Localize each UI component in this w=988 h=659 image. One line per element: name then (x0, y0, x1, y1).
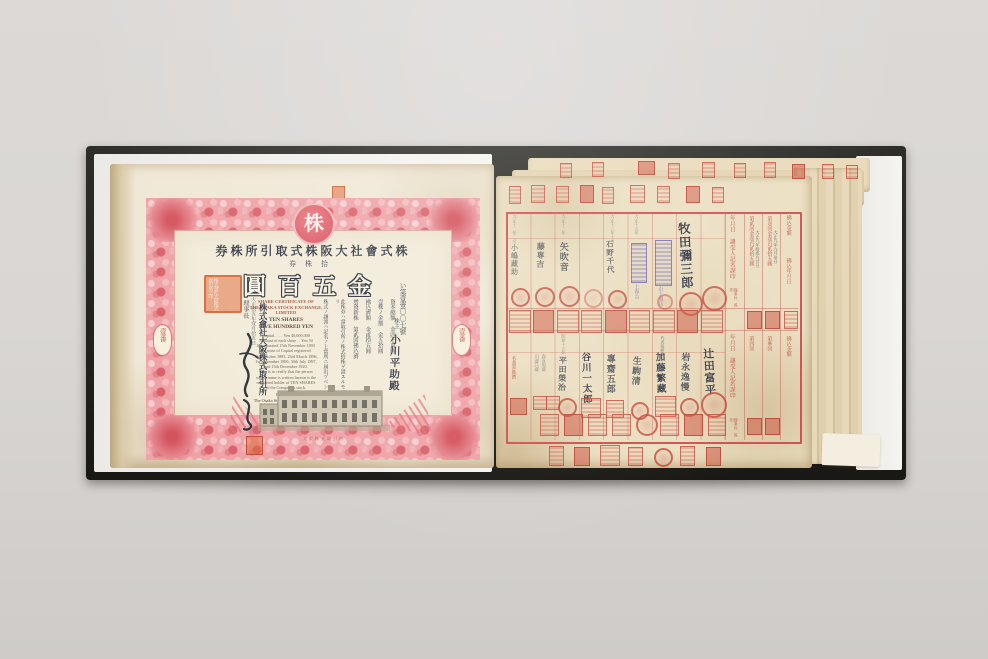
revenue-stamp (628, 447, 643, 466)
kabu-medallion: 株 (293, 203, 335, 245)
installment-2-label: 第貳回金壹百貳拾五圓 (748, 216, 753, 288)
revenue-stamp (792, 164, 805, 179)
name-seal (535, 287, 555, 307)
revenue-stamp (560, 163, 572, 178)
revenue-stamp (531, 185, 545, 203)
transfer-stamp (557, 310, 579, 333)
name-seal (559, 286, 580, 307)
revenue-stamp (630, 185, 645, 203)
entry-name: 川邊兵藏 (534, 354, 539, 394)
revenue-stamp (638, 161, 655, 175)
rubber-stamp (631, 243, 647, 283)
payment-seal (765, 311, 780, 329)
holder-label: 株主 (393, 318, 399, 332)
company-seal-text: 株式會社大阪株式取引所之印 (207, 278, 218, 310)
revenue-stamp (556, 186, 569, 203)
transfer-stamp (708, 414, 726, 436)
transfer-stamp (564, 414, 583, 436)
table-rule-vertical (780, 212, 781, 440)
transfer-stamp (660, 414, 679, 436)
name-seal (657, 294, 673, 310)
revenue-stamp (706, 447, 721, 466)
certificate-title: 券株所引取式株阪大社會式株 (186, 242, 440, 259)
officer-labels-band1: 理事長 係印 (730, 288, 738, 308)
table-rule (506, 352, 725, 353)
issuer-role: 理事長 (241, 300, 248, 326)
revenue-stamp (509, 186, 521, 204)
transfer-stamp (605, 310, 627, 333)
rubber-stamp (655, 240, 672, 286)
building-caption: 大阪株式取引所 (258, 436, 390, 442)
name-seal (608, 290, 627, 309)
revenue-stamp (686, 186, 700, 203)
table-rule-vertical (744, 212, 745, 440)
transfer-stamp (629, 310, 650, 333)
name-seal (702, 286, 727, 311)
revenue-stamp (712, 187, 724, 203)
installment-4-label: 第四回 (748, 336, 753, 366)
transfer-stamp (653, 310, 675, 333)
entry-name: 專齋五郎 (605, 354, 615, 406)
transfer-stamp (588, 414, 607, 436)
name-seal (584, 289, 603, 308)
installment-3-label: 第參回 (766, 336, 771, 366)
left-cartouche-text: 壹番 (159, 328, 167, 342)
revenue-stamp (657, 186, 670, 203)
officer-labels-band2: 理事長 係印 (730, 418, 738, 438)
transfer-stamp (509, 310, 531, 333)
entry-extra: 森喜規藏 (541, 354, 546, 394)
paid-amount-label-band1: 拂込金額 (785, 215, 791, 251)
transfer-stamp (684, 414, 703, 436)
paid-date-label-band1: 拂込年月日 (785, 258, 791, 302)
loose-sheet-corner (821, 433, 880, 467)
company-seal: 株式會社大阪株式取引所之印 (204, 275, 242, 313)
exchange-building-illustration (258, 384, 390, 434)
photo-of-stock-certificate-album: 株 壹番 壹番 券株所引取式株阪大社會式株 券株拾 圓百五金 SHARE CER… (0, 0, 988, 659)
table-rule-vertical (762, 212, 763, 440)
transfer-stamp (636, 414, 658, 436)
payment-seal (747, 418, 762, 435)
name-seal (511, 288, 530, 307)
transfer-stamp (701, 310, 723, 333)
name-seal (510, 398, 527, 415)
revenue-stamp (680, 446, 695, 466)
installment-1-label: 第壹回金壹百貳拾五圓 (766, 216, 771, 288)
certificate-page-deckle-edge (110, 164, 136, 468)
frame-corner-dragon (146, 414, 198, 460)
entry-name: 名義書換濟 (511, 356, 516, 398)
revenue-stamp (668, 163, 680, 179)
transfer-stamp (612, 414, 631, 436)
right-cartouche: 壹番 (452, 324, 471, 356)
revenue-stamp (734, 163, 746, 178)
revenue-stamp (602, 187, 614, 204)
revenue-stamp (592, 162, 604, 177)
transfer-stamp (533, 310, 554, 333)
right-cartouche-text: 壹番 (458, 328, 466, 342)
entry-name: 石野千代 (605, 240, 615, 296)
transfer-stamp (540, 414, 559, 436)
revenue-stamp (574, 447, 590, 466)
name-seal (533, 396, 547, 410)
transfer-header-band1: 年月日 讓受人記名謀印 (728, 215, 734, 297)
kabu-medallion-char: 株 (304, 213, 324, 235)
revenue-stamp (549, 446, 564, 466)
left-cartouche: 壹番 (153, 324, 172, 356)
revenue-stamp (654, 448, 673, 467)
revenue-stamp (822, 164, 834, 179)
installment-1-date: 大正九年九月卅日 (773, 230, 778, 290)
entry-name: 上春吉 (633, 284, 638, 310)
installment-2-date: 大正九年拾貳月廿日 (755, 230, 760, 290)
revenue-stamp (600, 445, 620, 466)
table-rule (506, 308, 798, 309)
transfer-stamp (581, 310, 602, 333)
payment-seal (765, 418, 780, 435)
payment-seal (747, 311, 762, 329)
revenue-stamp (764, 162, 776, 178)
revenue-stamp (702, 162, 715, 178)
frame-corner-dragon (428, 414, 480, 460)
payment-seal (784, 311, 798, 329)
revenue-stamp (580, 185, 594, 203)
revenue-stamp (846, 165, 858, 179)
transfer-header-band2: 年月日 讓受人記名謀印 (728, 334, 734, 416)
transfer-stamp (677, 310, 698, 333)
paid-amount-label-band2: 拂込金額 (785, 336, 791, 372)
